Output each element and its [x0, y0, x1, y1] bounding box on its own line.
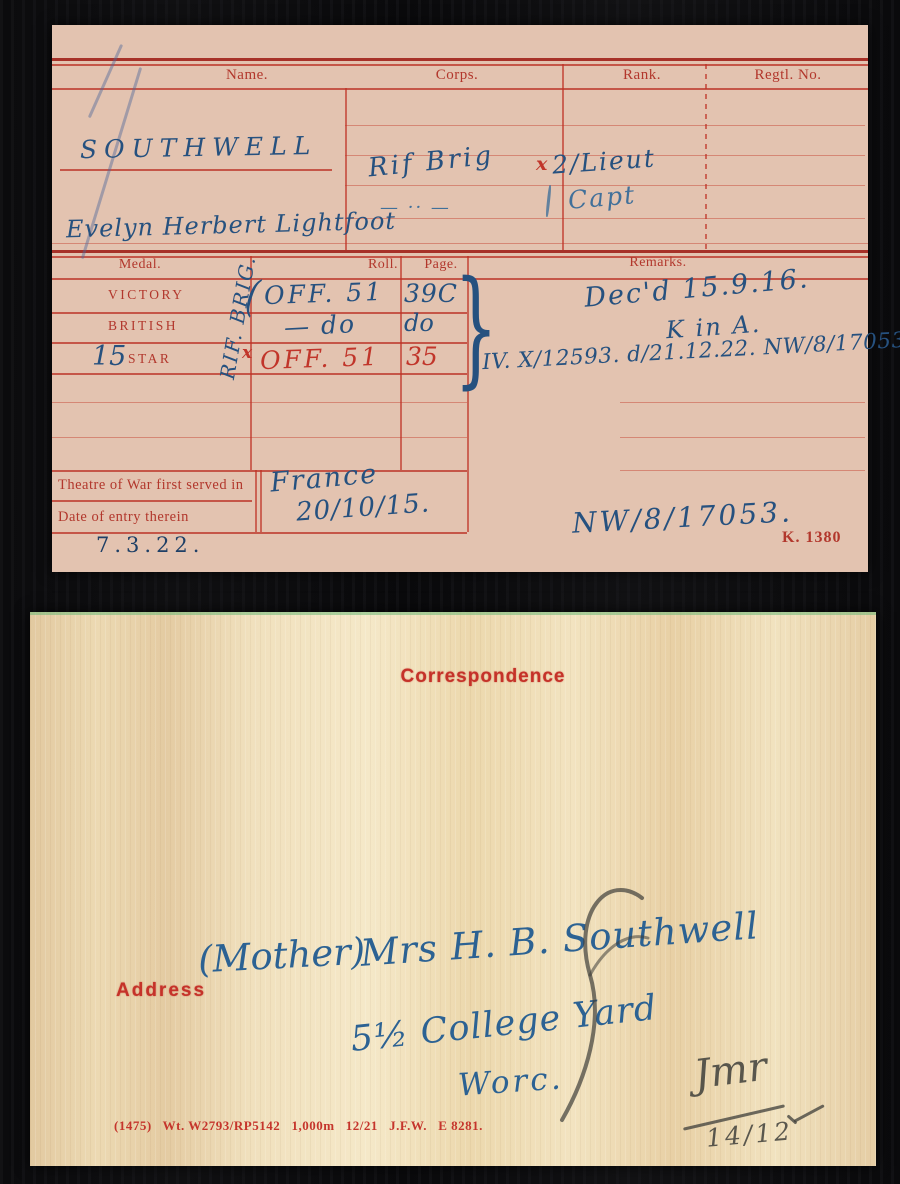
- pencil-scribble: [530, 880, 670, 1130]
- pencil-tick: [793, 1104, 824, 1123]
- rank-entry-2: Capt: [567, 180, 637, 215]
- pencil-date: 14/12: [705, 1116, 794, 1152]
- column-divider: [260, 470, 262, 532]
- surname-entry: SOUTHWELL: [80, 131, 318, 164]
- column-divider: [705, 64, 707, 250]
- british-roll-entry: — do: [283, 309, 356, 342]
- corps-entry: Rif Brig: [367, 140, 496, 183]
- address-label: Address: [116, 980, 206, 1002]
- ruled-line: [52, 500, 252, 502]
- british-page-entry: do: [404, 309, 434, 337]
- stamp-date: 7.3.22.: [96, 533, 204, 557]
- ruled-line: [52, 243, 868, 244]
- medal-index-card-front: Name. Corps. Rank. Regtl. No. SOUTHWELL …: [52, 25, 868, 572]
- ink-mark: [545, 185, 551, 217]
- rank-check-mark: x: [536, 153, 547, 175]
- victory-page-entry: 39C: [404, 279, 458, 308]
- printers-imprint: (1475) Wt. W2793/RP5142 1,000m 12/21 J.F…: [114, 1118, 483, 1134]
- regtl-no-column-header: Regtl. No.: [738, 67, 838, 84]
- star-roll-mark: x: [242, 343, 252, 363]
- theatre-label: Theatre of War first served in: [58, 477, 243, 494]
- star-roll-entry: OFF. 51: [260, 342, 381, 375]
- ruled-line: [52, 88, 868, 90]
- rank-entry-1: 2/Lieut: [551, 143, 657, 179]
- star-page-entry: 35: [406, 342, 438, 371]
- column-divider: [400, 256, 402, 470]
- correspondence-title: Correspondence: [328, 666, 638, 688]
- ruled-line: [52, 64, 868, 66]
- pencil-mark: [88, 44, 123, 118]
- corps-column-header: Corps.: [410, 67, 504, 84]
- name-column-header: Name.: [200, 67, 294, 84]
- ruled-line: [620, 437, 865, 438]
- ruled-line: [620, 402, 865, 403]
- ruled-line: [620, 470, 865, 471]
- medal-card-scan: { "front_card": { "header": { "name_labe…: [0, 0, 900, 1184]
- medal-name-british: British: [108, 318, 178, 334]
- column-divider: [255, 470, 257, 532]
- forenames-entry: Evelyn Herbert Lightfoot: [66, 207, 397, 244]
- victory-roll-entry: OFF. 51: [264, 277, 385, 310]
- ruled-line: [52, 402, 467, 403]
- ruled-line: [52, 250, 868, 253]
- medal-column-header: Medal.: [98, 257, 182, 273]
- entry-date-label: Date of entry therein: [58, 509, 189, 526]
- rank-column-header: Rank.: [595, 67, 689, 84]
- corps-ditto-mark: — ·· —: [380, 197, 451, 218]
- ruled-line: [345, 125, 865, 126]
- ruled-line: [52, 58, 868, 61]
- footer-reference: NW/8/17053.: [571, 495, 793, 540]
- ruled-line: [345, 218, 865, 219]
- address-relation: (Mother): [197, 930, 366, 982]
- medal-name-victory: Victory: [108, 287, 185, 303]
- card-code: K. 1380: [782, 529, 841, 547]
- medal-index-card-back: Correspondence Address (Mother) Mrs H. B…: [30, 612, 876, 1166]
- medal-name-star: Star: [128, 351, 171, 367]
- ruled-line: [52, 437, 467, 438]
- remarks-column-header: Remarks.: [610, 255, 706, 271]
- ruled-line: [60, 169, 332, 171]
- pencil-initials: Jmr: [691, 1044, 769, 1099]
- star-prefix-entry: 15: [92, 341, 126, 372]
